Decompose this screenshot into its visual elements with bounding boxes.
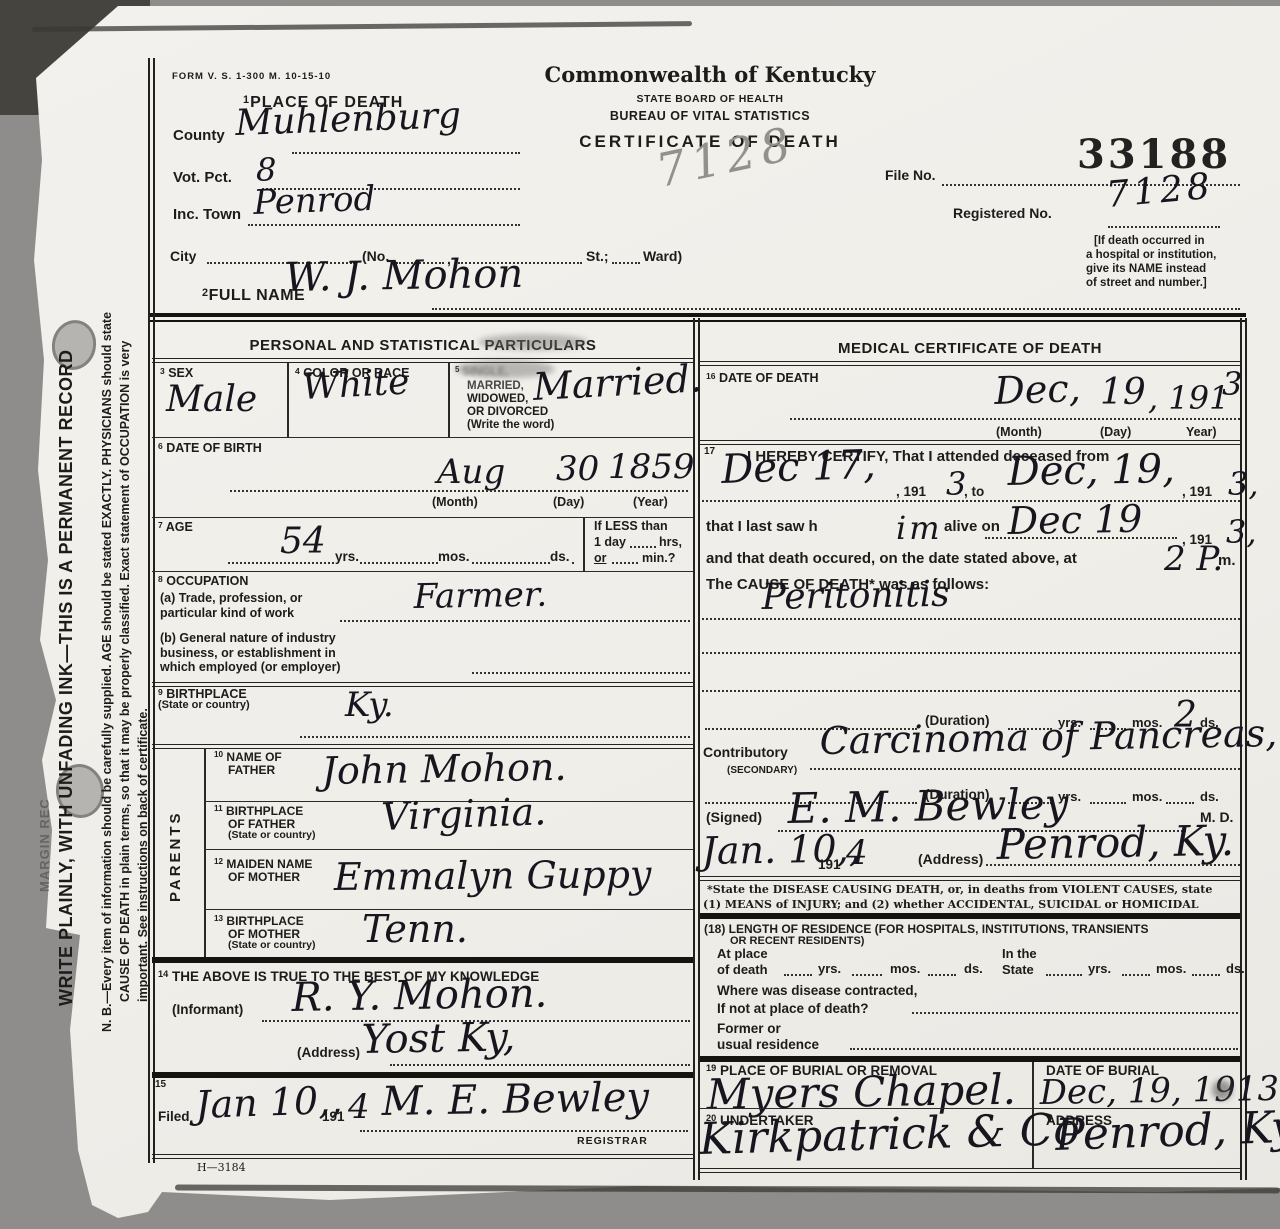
- marital-write-word: (Write the word): [467, 419, 554, 431]
- dotted-line: [810, 768, 1240, 770]
- father-name-value: John Mohon.: [321, 748, 566, 790]
- rule: [150, 313, 1246, 317]
- contributory-secondary-label: (SECONDARY): [727, 766, 797, 777]
- residence-where-label: Where was disease contracted,: [717, 984, 917, 998]
- certify-saw-post: alive on: [944, 519, 1000, 535]
- dotted-line: [852, 974, 882, 976]
- death-time-suffix: m.: [1218, 553, 1236, 569]
- occupation-caption: OCCUPATION: [166, 574, 248, 588]
- dotted-line: [784, 974, 812, 976]
- dod-day-value: 19: [1100, 375, 1146, 411]
- dotted-line: [248, 224, 520, 226]
- age-yrs-label: yrs.: [335, 550, 359, 564]
- dotted-line: [228, 562, 574, 564]
- field-number: 14: [158, 969, 168, 979]
- occupation-a-line1: (a) Trade, profession, or: [160, 592, 302, 605]
- cause-of-death-value: Peritonitis: [761, 577, 950, 616]
- marital-married: MARRIED,: [467, 380, 524, 392]
- certify-occured-line: and that death occured, on the date stat…: [706, 551, 1077, 567]
- field-number: 10: [214, 750, 223, 759]
- occupation-label: 8 OCCUPATION: [158, 575, 248, 588]
- voting-precinct-label: Vot. Pct.: [173, 170, 232, 186]
- dotted-line: [300, 736, 690, 738]
- dotted-line: [702, 652, 1240, 654]
- sex-caption: SEX: [168, 366, 193, 380]
- death-time-value: 2 P.: [1164, 542, 1223, 576]
- county-label: County: [173, 128, 225, 144]
- dotted-line: [1166, 802, 1194, 804]
- dotted-line: [612, 262, 640, 264]
- filed-date-value: Jan 10,,: [195, 1081, 343, 1124]
- masthead-bureau: BUREAU OF VITAL STATISTICS: [540, 110, 880, 123]
- filed-year-digit: 4: [348, 1090, 370, 1124]
- certify-to-label: , to: [964, 485, 984, 499]
- residence-ds-label: ds.: [964, 962, 983, 976]
- dod-month-caption: (Month): [996, 426, 1042, 439]
- dotted-line: [390, 1064, 690, 1066]
- hospital-note-line1: [If death occurred in: [1094, 235, 1205, 247]
- dotted-line: [292, 152, 520, 154]
- occupation-b-line1: (b) General nature of industry: [160, 632, 336, 645]
- rule: [700, 913, 1240, 919]
- dotted-line: [432, 308, 1240, 310]
- mother-name-label1: 12 MAIDEN NAME: [214, 858, 312, 871]
- rule: [152, 1154, 693, 1159]
- birthplace-value: Ky.: [345, 688, 394, 722]
- marital-value: Married.: [532, 359, 703, 406]
- residence-former-line2: usual residence: [717, 1038, 819, 1052]
- hospital-note-line2: a hospital or institution,: [1086, 249, 1216, 261]
- sex-value: Male: [166, 382, 257, 418]
- informant-address-value: Yost Ky,: [361, 1017, 515, 1060]
- dob-day-caption: (Day): [553, 496, 584, 509]
- field-number: 4: [295, 366, 300, 376]
- occupation-b-line3: which employed (or employer): [160, 661, 341, 674]
- occupation-b-line2: business, or establishment in: [160, 647, 336, 660]
- certify-field-number: 17: [704, 447, 715, 458]
- personal-section-title: PERSONAL AND STATISTICAL PARTICULARS: [152, 338, 694, 354]
- rule: [152, 571, 693, 572]
- signed-address-value: Penrod, Ky.: [996, 820, 1234, 866]
- cause-footnote-line2: (1) MEANS of INJURY; and (2) whether ACC…: [703, 899, 1198, 911]
- rule: [700, 1168, 1240, 1173]
- masthead-board: STATE BOARD OF HEALTH: [540, 94, 880, 105]
- father-birthplace-caption: BIRTHPLACE: [226, 804, 303, 818]
- residence-in-the-line2: State: [1002, 963, 1034, 977]
- dotted-line: [340, 620, 690, 622]
- dotted-line: [1090, 802, 1126, 804]
- medical-section-title: MEDICAL CERTIFICATE OF DEATH: [700, 341, 1240, 357]
- full-name-value: W. J. Mohon: [284, 254, 523, 298]
- file-no-label: File No.: [885, 168, 936, 183]
- dotted-line: [702, 618, 1240, 620]
- contributory-duration-ds: ds.: [1200, 790, 1219, 804]
- residence-in-the-line1: In the: [1002, 947, 1037, 961]
- rule: [152, 437, 693, 438]
- plate-code: H—3184: [197, 1162, 246, 1174]
- dotted-line: [1046, 974, 1082, 976]
- city-ward-label: Ward): [643, 249, 682, 264]
- field-number: 9: [158, 687, 163, 697]
- dotted-line: [986, 864, 1240, 866]
- mother-birthplace-value: Tenn.: [362, 910, 468, 948]
- dob-year-caption: (Year): [633, 496, 668, 509]
- ink-smudge: [478, 334, 588, 350]
- certify-to-digit: 3,: [1228, 468, 1259, 500]
- dod-month-value: Dec,: [994, 369, 1082, 410]
- age-label: 7 AGE: [158, 521, 193, 534]
- dob-day-value: 30: [556, 452, 599, 486]
- margin-nb-line1: N. B.—Every item of information should b…: [101, 312, 114, 1032]
- signed-address-label: (Address): [918, 852, 983, 867]
- filed-label: Filed: [158, 1110, 190, 1124]
- rule: [700, 1056, 1240, 1062]
- frame-line-left: [148, 58, 155, 1163]
- certify-to-date: Dec, 19,: [1007, 449, 1175, 492]
- informant-label: (Informant): [172, 1003, 243, 1017]
- margin-nb-line2: CAUSE OF DEATH in plain terms, so that i…: [119, 341, 132, 1002]
- birthplace-sub-label: (State or country): [158, 700, 250, 712]
- mother-birthplace-label3: (State or country): [228, 940, 316, 951]
- parents-divider: [204, 748, 206, 960]
- field-number: 16: [706, 371, 715, 381]
- dotted-line: [612, 562, 638, 564]
- mother-name-value: Emmalyn Guppy: [334, 855, 652, 896]
- field-number: 13: [214, 914, 223, 923]
- margin-edge-fragment: MARGIN REC: [38, 798, 52, 892]
- age-caption: AGE: [166, 520, 193, 534]
- parents-side-label: PARENTS: [168, 810, 184, 902]
- inc-town-value: Penrod: [253, 182, 376, 220]
- mother-name-caption: MAIDEN NAME: [226, 857, 312, 871]
- residence-state-mos: mos.: [1156, 962, 1186, 976]
- dob-month-caption: (Month): [432, 496, 478, 509]
- date-of-death-caption: DATE OF DEATH: [719, 371, 819, 385]
- residence-at-place-line1: At place: [717, 947, 768, 961]
- residence-state-yrs: yrs.: [1088, 962, 1111, 976]
- mother-birthplace-label1: 13 BIRTHPLACE: [214, 915, 304, 928]
- certify-to-year-printed: , 191: [1182, 485, 1212, 499]
- dob-month-value: Aug: [437, 455, 505, 489]
- county-value: Muhlenburg: [235, 98, 462, 142]
- dob-caption: DATE OF BIRTH: [166, 441, 262, 455]
- certify-saw-pre: that I last saw h: [706, 519, 818, 535]
- dotted-line: [702, 690, 1240, 692]
- certify-saw-date: Dec 19: [1007, 500, 1142, 540]
- father-birthplace-label1: 11 BIRTHPLACE: [214, 805, 303, 818]
- field-number: 6: [158, 441, 163, 451]
- hospital-note-line4: of street and number.]: [1086, 277, 1207, 289]
- cell-divider: [583, 517, 585, 571]
- rule: [204, 849, 693, 850]
- rule: [700, 876, 1240, 881]
- city-st-label: St.;: [586, 249, 609, 264]
- filed-year-printed: 191: [322, 1110, 345, 1124]
- dotted-line: [630, 546, 656, 548]
- date-of-death-label: 16 DATE OF DEATH: [706, 372, 818, 385]
- residence-yrs-label: yrs.: [818, 962, 841, 976]
- signed-year-printed: 191: [818, 858, 841, 872]
- mother-name-label2: OF MOTHER: [228, 871, 300, 884]
- dod-day-caption: (Day): [1100, 426, 1131, 439]
- certify-saw-him: im: [896, 512, 943, 544]
- city-label: City: [170, 249, 196, 264]
- hospital-note-line3: give its NAME instead: [1086, 263, 1206, 275]
- filed-field-number: 15: [155, 1080, 166, 1091]
- age-less-line2: 1 day: [594, 536, 626, 549]
- mother-birthplace-caption: BIRTHPLACE: [226, 914, 303, 928]
- race-value: White: [301, 364, 410, 406]
- dotted-line: [1192, 974, 1220, 976]
- dotted-line: [928, 974, 956, 976]
- father-name-label1: 10 NAME OF: [214, 751, 282, 764]
- field-number: 8: [158, 574, 163, 584]
- age-years-value: 54: [280, 524, 326, 560]
- field-number: 7: [158, 520, 163, 530]
- dotted-line: [1108, 226, 1220, 228]
- dotted-line: [702, 500, 1240, 502]
- scanned-death-certificate: MARGIN REC WRITE PLAINLY, WITH UNFADING …: [0, 0, 1280, 1229]
- father-name-caption: NAME OF: [226, 750, 281, 764]
- contributory-label: Contributory: [703, 745, 788, 760]
- residence-ifnot-label: If not at place of death?: [717, 1002, 869, 1016]
- field-number: 11: [214, 804, 223, 813]
- ink-smudge: [1212, 1080, 1232, 1100]
- dotted-line: [1122, 974, 1150, 976]
- dod-year-digit: 3: [1222, 368, 1242, 400]
- contributory-value: Carcinoma of Pancreas,: [819, 714, 1277, 760]
- occupation-a-line2: particular kind of work: [160, 607, 294, 620]
- dotted-line: [230, 490, 688, 492]
- dob-label: 6 DATE OF BIRTH: [158, 442, 262, 455]
- dotted-line: [472, 672, 690, 674]
- form-code: FORM V. S. 1-300 M. 10-15-10: [172, 72, 331, 82]
- residence-former-line1: Former or: [717, 1022, 781, 1036]
- margin-warning-text: WRITE PLAINLY, WITH UNFADING INK—THIS IS…: [57, 349, 76, 1006]
- voting-precinct-value: 8: [256, 154, 276, 186]
- field-number: 3: [160, 366, 165, 376]
- dotted-line: [850, 1048, 1238, 1050]
- occupation-value: Farmer.: [413, 578, 547, 614]
- residence-state-ds: ds.: [1226, 962, 1245, 976]
- dod-year-printed: , 191: [1148, 382, 1229, 414]
- age-less-or: or: [594, 552, 607, 565]
- father-birthplace-value: Virginia.: [381, 792, 547, 836]
- certify-from-date: Dec 17,: [721, 445, 877, 490]
- dod-year-caption: Year): [1186, 426, 1217, 439]
- age-ds-label: ds.: [550, 550, 570, 564]
- residence-at-place-line2: of death: [717, 963, 768, 977]
- rule: [700, 361, 1240, 366]
- age-less-line1: If LESS than: [594, 520, 668, 533]
- cell-divider: [287, 363, 289, 437]
- age-mos-label: mos.: [438, 550, 470, 564]
- age-less-min: min.?: [642, 552, 675, 565]
- cause-footnote-line1: *State the DISEASE CAUSING DEATH, or, in…: [707, 884, 1212, 896]
- contributory-duration-mos: mos.: [1132, 790, 1162, 804]
- undertaker-address-value: Penrod, Ky.: [1054, 1105, 1280, 1158]
- informant-value: R. Y. Mohon.: [291, 974, 547, 1018]
- dotted-line: [912, 1012, 1238, 1014]
- signed-label: (Signed): [706, 810, 762, 825]
- dotted-line: [360, 1130, 688, 1132]
- masthead-commonwealth: Commonwealth of Kentucky: [540, 64, 880, 86]
- dotted-line: [985, 537, 1177, 539]
- field-number: 12: [214, 857, 223, 866]
- residence-label-line1: (18) LENGTH OF RESIDENCE (FOR HOSPITALS,…: [704, 923, 1148, 936]
- dob-year-value: 1859: [608, 450, 695, 484]
- inc-town-label: Inc. Town: [173, 207, 241, 223]
- registered-no-label: Registered No.: [953, 206, 1052, 221]
- cell-divider: [448, 363, 450, 437]
- certify-saw-digit: 3,: [1226, 516, 1257, 548]
- rule: [152, 957, 693, 963]
- certify-from-year-printed: , 191: [896, 485, 926, 499]
- registered-no-value: 7128: [1105, 169, 1215, 214]
- marital-widowed: WIDOWED,: [467, 393, 528, 405]
- undertaker-value: Kirkpatrick & Co: [699, 1108, 1080, 1162]
- registrar-signature: M. E. Bewley: [381, 1077, 649, 1122]
- rule: [152, 517, 693, 518]
- residence-mos-label: mos.: [890, 962, 920, 976]
- father-name-label2: FATHER: [228, 764, 275, 777]
- signed-year-digit: 4: [846, 836, 868, 870]
- informant-address-label: (Address): [297, 1046, 360, 1060]
- age-less-hrs: hrs,: [659, 536, 682, 549]
- father-birthplace-label3: (State or country): [228, 830, 316, 841]
- dotted-line: [790, 418, 1240, 420]
- registrar-label: REGISTRAR: [577, 1136, 648, 1147]
